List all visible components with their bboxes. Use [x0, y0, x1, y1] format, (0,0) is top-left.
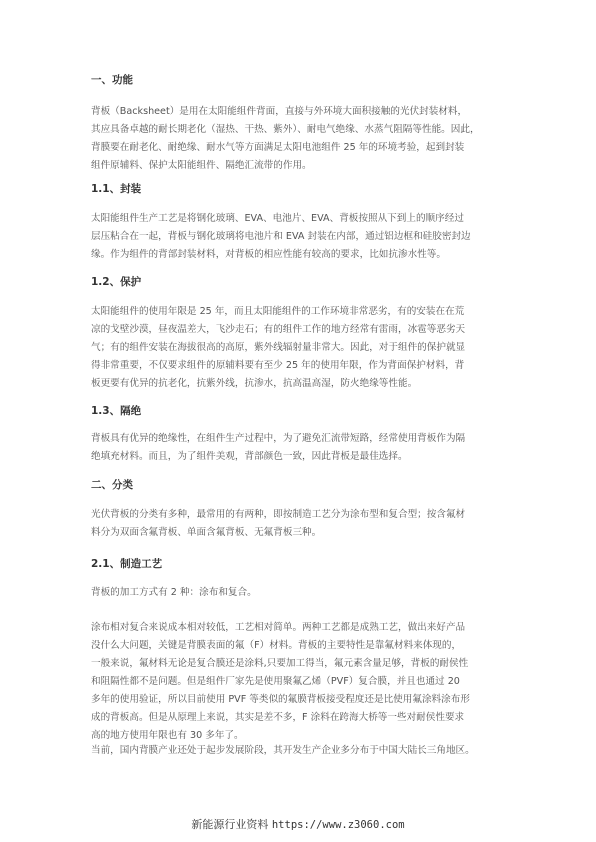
text-line: 背板的加工方式有 2 种：涂布和复合。 [91, 584, 521, 602]
section-heading-protection: 1.2、保护 [91, 274, 141, 289]
paragraph-protection: 太阳能组件的使用年限是 25 年，而且太阳能组件的工作环境非常恶劣，有的安装在在… [91, 303, 521, 393]
text-line: 成的背板高。但是从原理上来说，其实是差不多，F 涂料在跨海大桥等一些对耐侯性要求 [91, 709, 521, 727]
text-line: 气；有的组件安装在海拔很高的高原，紫外线辐射量非常大。因此，对于组件的保护就显 [91, 339, 521, 357]
text-line: 绝填充材料。而且，为了组件美观，背部颜色一致，因此背板是最佳选择。 [91, 448, 521, 466]
text-line: 涂布相对复合来说成本相对较低，工艺相对简单。两种工艺都是成熟工艺，做出来好产品 [91, 619, 521, 637]
text-line: 背膜要在耐老化、耐绝缘、耐水气等方面满足太阳电池组件 25 年的环境考验，起到封… [91, 139, 521, 157]
text-line: 背板（Backsheet）是用在太阳能组件背面，直接与外环境大面积接触的光伏封装… [91, 103, 521, 121]
text-line: 光伏背板的分类有多种，最常用的有两种，即按制造工艺分为涂布型和复合型；按含氟材 [91, 506, 521, 524]
text-line: 板更要有优异的抗老化，抗紫外线，抗渗水，抗高温高湿，防火绝缘等性能。 [91, 375, 521, 393]
text-line: 没什么大问题，关键是背膜表面的氟（F）材料。背板的主要特性是靠氟材料来体现的， [91, 637, 521, 655]
text-line: 缘。作为组件的背部封装材料，对背板的相应性能有较高的要求，比如抗渗水性等。 [91, 246, 521, 264]
paragraph-encapsulation: 太阳能组件生产工艺是将钢化玻璃、EVA、电池片、EVA、背板按照从下到上的顺序经… [91, 210, 521, 264]
text-line: 凉的戈壁沙漠，昼夜温差大，飞沙走石；有的组件工作的地方经常有雷雨，冰雹等恶劣天 [91, 321, 521, 339]
text-line: 当前，国内背膜产业还处于起步发展阶段，其开发生产企业多分布于中国大陆长三角地区。 [91, 742, 521, 760]
page-footer: 新能源行业资料 https://www.z3060.com [0, 816, 596, 832]
paragraph-function: 背板（Backsheet）是用在太阳能组件背面，直接与外环境大面积接触的光伏封装… [91, 103, 521, 175]
text-line: 一般来说，氟材料无论是复合膜还是涂料,只要加工得当，氟元素含量足够，背板的耐侯性 [91, 655, 521, 673]
paragraph-insulation: 背板具有优异的绝缘性，在组件生产过程中，为了避免汇流带短路，经常使用背板作为隔 … [91, 430, 521, 466]
text-line: 其应具备卓越的耐长期老化（湿热、干热、紫外）、耐电气绝缘、水蒸气阻隔等性能。因此… [91, 121, 521, 139]
paragraph-classification: 光伏背板的分类有多种，最常用的有两种，即按制造工艺分为涂布型和复合型；按含氟材 … [91, 506, 521, 542]
text-line: 层压粘合在一起，背板与钢化玻璃将电池片和 EVA 封装在内部，通过铝边框和硅胶密… [91, 228, 521, 246]
text-line: 多年的使用验证，所以目前使用 PVF 等类似的氟膜背板接受程度还是比使用氟涂料涂… [91, 691, 521, 709]
section-heading-insulation: 1.3、隔绝 [91, 403, 141, 418]
text-line: 料分为双面含氟背板、单面含氟背板、无氟背板三种。 [91, 524, 521, 542]
text-line: 太阳能组件生产工艺是将钢化玻璃、EVA、电池片、EVA、背板按照从下到上的顺序经… [91, 210, 521, 228]
text-line: 得非常重要，不仅要求组件的原辅料要有至少 25 年的使用年限，作为背面保护材料，… [91, 357, 521, 375]
section-heading-function: 一、功能 [91, 72, 133, 87]
paragraph-industry-status: 当前，国内背膜产业还处于起步发展阶段，其开发生产企业多分布于中国大陆长三角地区。 [91, 742, 521, 760]
footer-label: 新能源行业资料 [191, 818, 268, 831]
paragraph-coating-vs-composite: 涂布相对复合来说成本相对较低，工艺相对简单。两种工艺都是成熟工艺，做出来好产品 … [91, 619, 521, 745]
text-line: 太阳能组件的使用年限是 25 年，而且太阳能组件的工作环境非常恶劣，有的安装在在… [91, 303, 521, 321]
paragraph-manufacturing-methods: 背板的加工方式有 2 种：涂布和复合。 [91, 584, 521, 602]
section-heading-encapsulation: 1.1、封装 [91, 181, 141, 196]
footer-url-link[interactable]: https://www.z3060.com [272, 819, 405, 831]
text-line: 背板具有优异的绝缘性，在组件生产过程中，为了避免汇流带短路，经常使用背板作为隔 [91, 430, 521, 448]
section-heading-manufacturing: 2.1、制造工艺 [91, 556, 162, 571]
text-line: 和阻隔性都不是问题。但是组件厂家先是使用聚氟乙烯（PVF）复合膜，并且也通过 2… [91, 673, 521, 691]
text-line: 组件原辅料、保护太阳能组件、隔绝汇流带的作用。 [91, 157, 521, 175]
section-heading-classification: 二、分类 [91, 477, 133, 492]
